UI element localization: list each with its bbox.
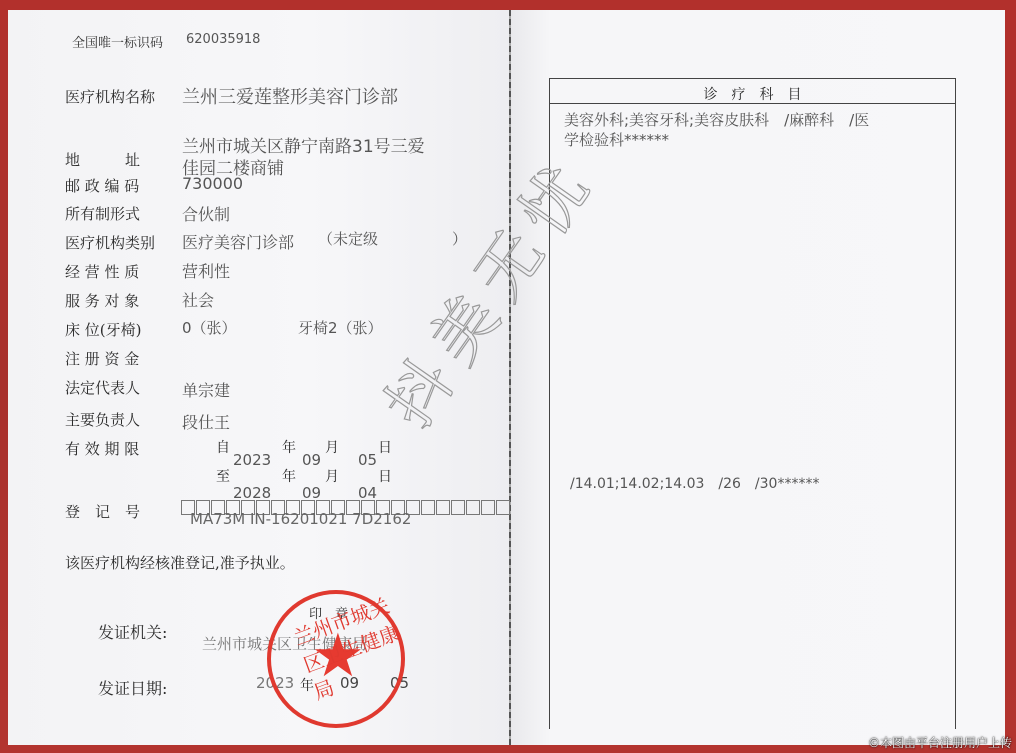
- validity-day-word-2: 日: [378, 466, 392, 486]
- upload-credit: ©本图由平台注册用户上传: [868, 734, 1012, 751]
- diagnosis-subjects-box: 诊 疗 科 目 美容外科;美容牙科;美容皮肤科 /麻醉科 /医 学检验科****…: [549, 78, 956, 729]
- national-id-value: 620035918: [186, 32, 260, 47]
- label-registered-capital: 注 册 资 金: [65, 348, 139, 369]
- value-principal: 段仕王: [182, 410, 230, 433]
- value-service-target: 社会: [182, 288, 214, 311]
- value-institution-name: 兰州三爱莲整形美容门诊部: [182, 83, 398, 109]
- label-ownership: 所有制形式: [65, 203, 140, 224]
- label-registration-no: 登 记 号: [65, 501, 140, 522]
- label-service-target: 服 务 对 象: [65, 290, 139, 311]
- subjects-title: 诊 疗 科 目: [550, 84, 955, 104]
- subjects-line1: 美容外科;美容牙科;美容皮肤科 /麻醉科 /医: [564, 109, 869, 130]
- label-institution-name: 医疗机构名称: [65, 86, 155, 107]
- validity-day-word-1: 日: [378, 437, 392, 457]
- label-category: 医疗机构类别: [65, 232, 155, 253]
- validity-from-word: 自: [216, 437, 230, 457]
- approval-statement: 该医疗机构经核准登记,准予执业。: [65, 552, 295, 573]
- subject-codes: /14.01;14.02;14.03 /26 /30******: [570, 473, 819, 493]
- book-spine: [509, 10, 511, 745]
- value-postcode: 730000: [182, 174, 243, 193]
- subjects-line2: 学检验科******: [564, 129, 669, 150]
- issue-date-label: 发证日期:: [98, 676, 167, 699]
- validity-from-month: 09: [302, 451, 321, 469]
- value-dental-chairs: 牙椅2（张）: [298, 317, 383, 338]
- validity-month-word-2: 月: [325, 466, 339, 486]
- issuer-label: 发证机关:: [98, 620, 167, 643]
- value-category: 医疗美容门诊部: [182, 230, 294, 253]
- value-beds: 0（张）: [182, 317, 237, 338]
- label-postcode: 邮 政 编 码: [65, 175, 139, 196]
- validity-month-word-1: 月: [325, 437, 339, 457]
- validity-to-word: 至: [216, 466, 230, 486]
- validity-from-year: 2023: [233, 451, 271, 469]
- value-business-nature: 营利性: [182, 259, 230, 282]
- label-principal: 主要负责人: [65, 409, 140, 430]
- value-category-grade: （未定级: [318, 228, 378, 249]
- value-legal-rep: 单宗建: [182, 378, 230, 401]
- label-business-nature: 经 营 性 质: [65, 261, 139, 282]
- validity-year-word-2: 年: [282, 466, 296, 486]
- value-ownership: 合伙制: [182, 202, 230, 225]
- label-address: 地 址: [65, 149, 140, 170]
- national-id-label: 全国唯一标识码: [72, 32, 163, 51]
- value-registration-no: MA73M IN-16201021 7D2162: [190, 510, 411, 528]
- validity-year-word-1: 年: [282, 437, 296, 457]
- label-beds: 床 位(牙椅): [65, 319, 141, 340]
- validity-from-day: 05: [358, 451, 377, 469]
- label-validity: 有 效 期 限: [65, 438, 139, 459]
- label-legal-rep: 法定代表人: [65, 377, 140, 398]
- official-seal: ★ 兰州市城关区卫生健康局: [267, 590, 405, 728]
